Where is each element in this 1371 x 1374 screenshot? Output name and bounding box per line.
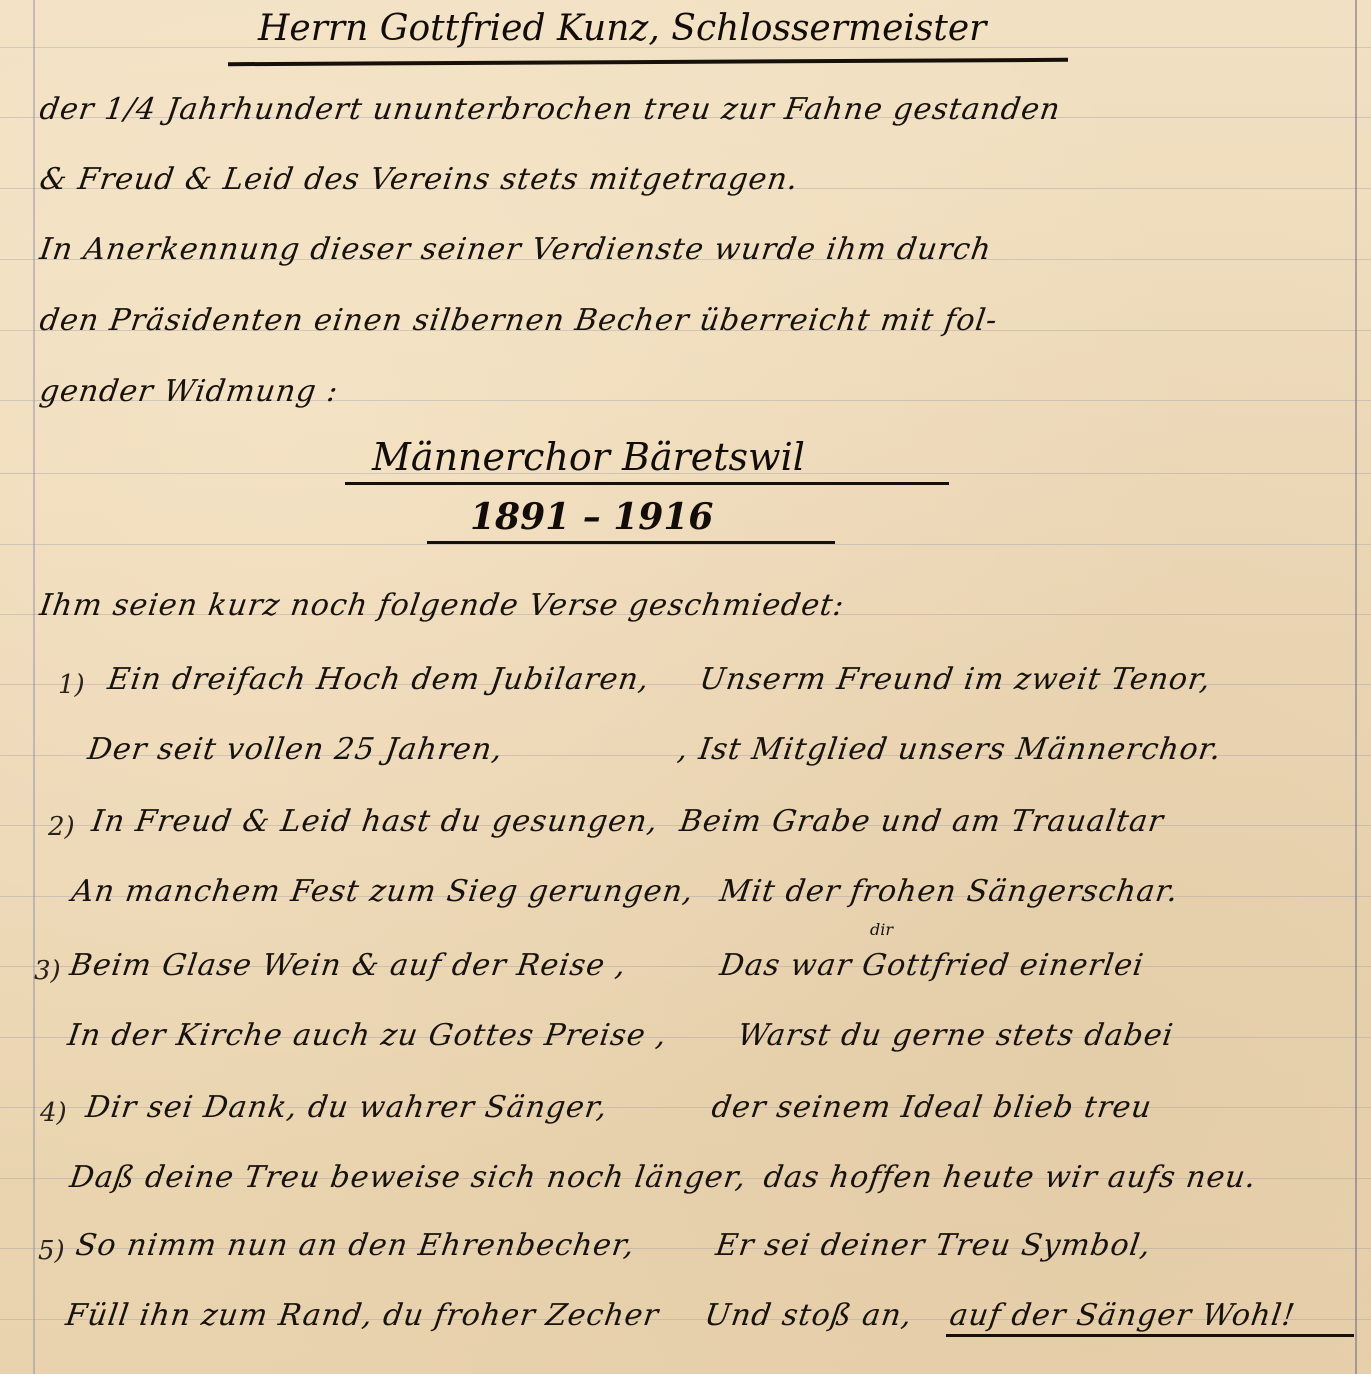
- verse-line: Der seit vollen 25 Jahren,: [86, 732, 506, 767]
- verse-line: das hoffen heute wir aufs neu.: [762, 1160, 1259, 1195]
- verse-line: Daß deine Treu beweise sich noch länger,: [68, 1160, 749, 1195]
- dedication-underline: [345, 482, 949, 485]
- verse-line: Beim Grabe und am Traualtar: [678, 804, 1167, 839]
- page-title: Herrn Gottfried Kunz, Schlossermeister: [258, 8, 986, 49]
- verse-line: , Ist Mitglied unsers Männerchor.: [676, 732, 1224, 767]
- right-margin-line: [1355, 0, 1357, 1374]
- text-line: den Präsidenten einen silbernen Becher ü…: [38, 303, 1000, 338]
- verse-line: Er sei deiner Treu Symbol,: [714, 1228, 1154, 1263]
- closing-underline: [946, 1334, 1354, 1337]
- ruled-line: [0, 544, 1371, 545]
- verse-line: Warst du gerne stets dabei: [736, 1018, 1176, 1053]
- years-underline: [427, 541, 835, 544]
- verse-number: 5): [38, 1236, 65, 1266]
- verse-line: Unserm Freund im zweit Tenor,: [698, 662, 1214, 697]
- dedication-name: Männerchor Bäretswil: [372, 435, 805, 479]
- text-line: In Anerkennung dieser seiner Verdienste …: [38, 232, 994, 267]
- verse-number: 3): [34, 956, 61, 986]
- verse-number: 4): [40, 1098, 67, 1128]
- text-line: gender Widmung :: [38, 374, 341, 409]
- inserted-word: dir: [870, 920, 893, 939]
- verse-number: 2): [48, 812, 75, 842]
- verses-intro: Ihm seien kurz noch folgende Verse gesch…: [38, 588, 847, 623]
- verse-line: In der Kirche auch zu Gottes Preise ,: [66, 1018, 670, 1053]
- verse-line: Füll ihn zum Rand, du froher Zecher: [64, 1298, 662, 1333]
- dedication-years: 1891 – 1916: [470, 496, 713, 538]
- verse-line: Das war Gottfried einerlei: [718, 948, 1147, 983]
- verse-line: In Freud & Leid hast du gesungen,: [90, 804, 661, 839]
- verse-line: Mit der frohen Sängerschar.: [718, 874, 1181, 909]
- verse-line: An manchem Fest zum Sieg gerungen,: [70, 874, 696, 909]
- verse-line: Dir sei Dank, du wahrer Sänger,: [84, 1090, 610, 1125]
- verse-line: Beim Glase Wein & auf der Reise ,: [68, 948, 629, 983]
- verse-line: So nimm nun an den Ehrenbecher,: [74, 1228, 638, 1263]
- text-line: der 1/4 Jahrhundert ununterbrochen treu …: [38, 92, 1063, 127]
- verse-line: Ein dreifach Hoch dem Jubilaren,: [106, 662, 652, 697]
- text-line: & Freud & Leid des Vereins stets mitgetr…: [38, 162, 801, 197]
- verse-line-underlined: auf der Sänger Wohl!: [948, 1298, 1298, 1333]
- verse-line: Und stoß an,: [703, 1298, 915, 1333]
- verse-line: der seinem Ideal blieb treu: [710, 1090, 1155, 1125]
- left-margin-line: [33, 0, 35, 1374]
- verse-number: 1): [58, 670, 85, 700]
